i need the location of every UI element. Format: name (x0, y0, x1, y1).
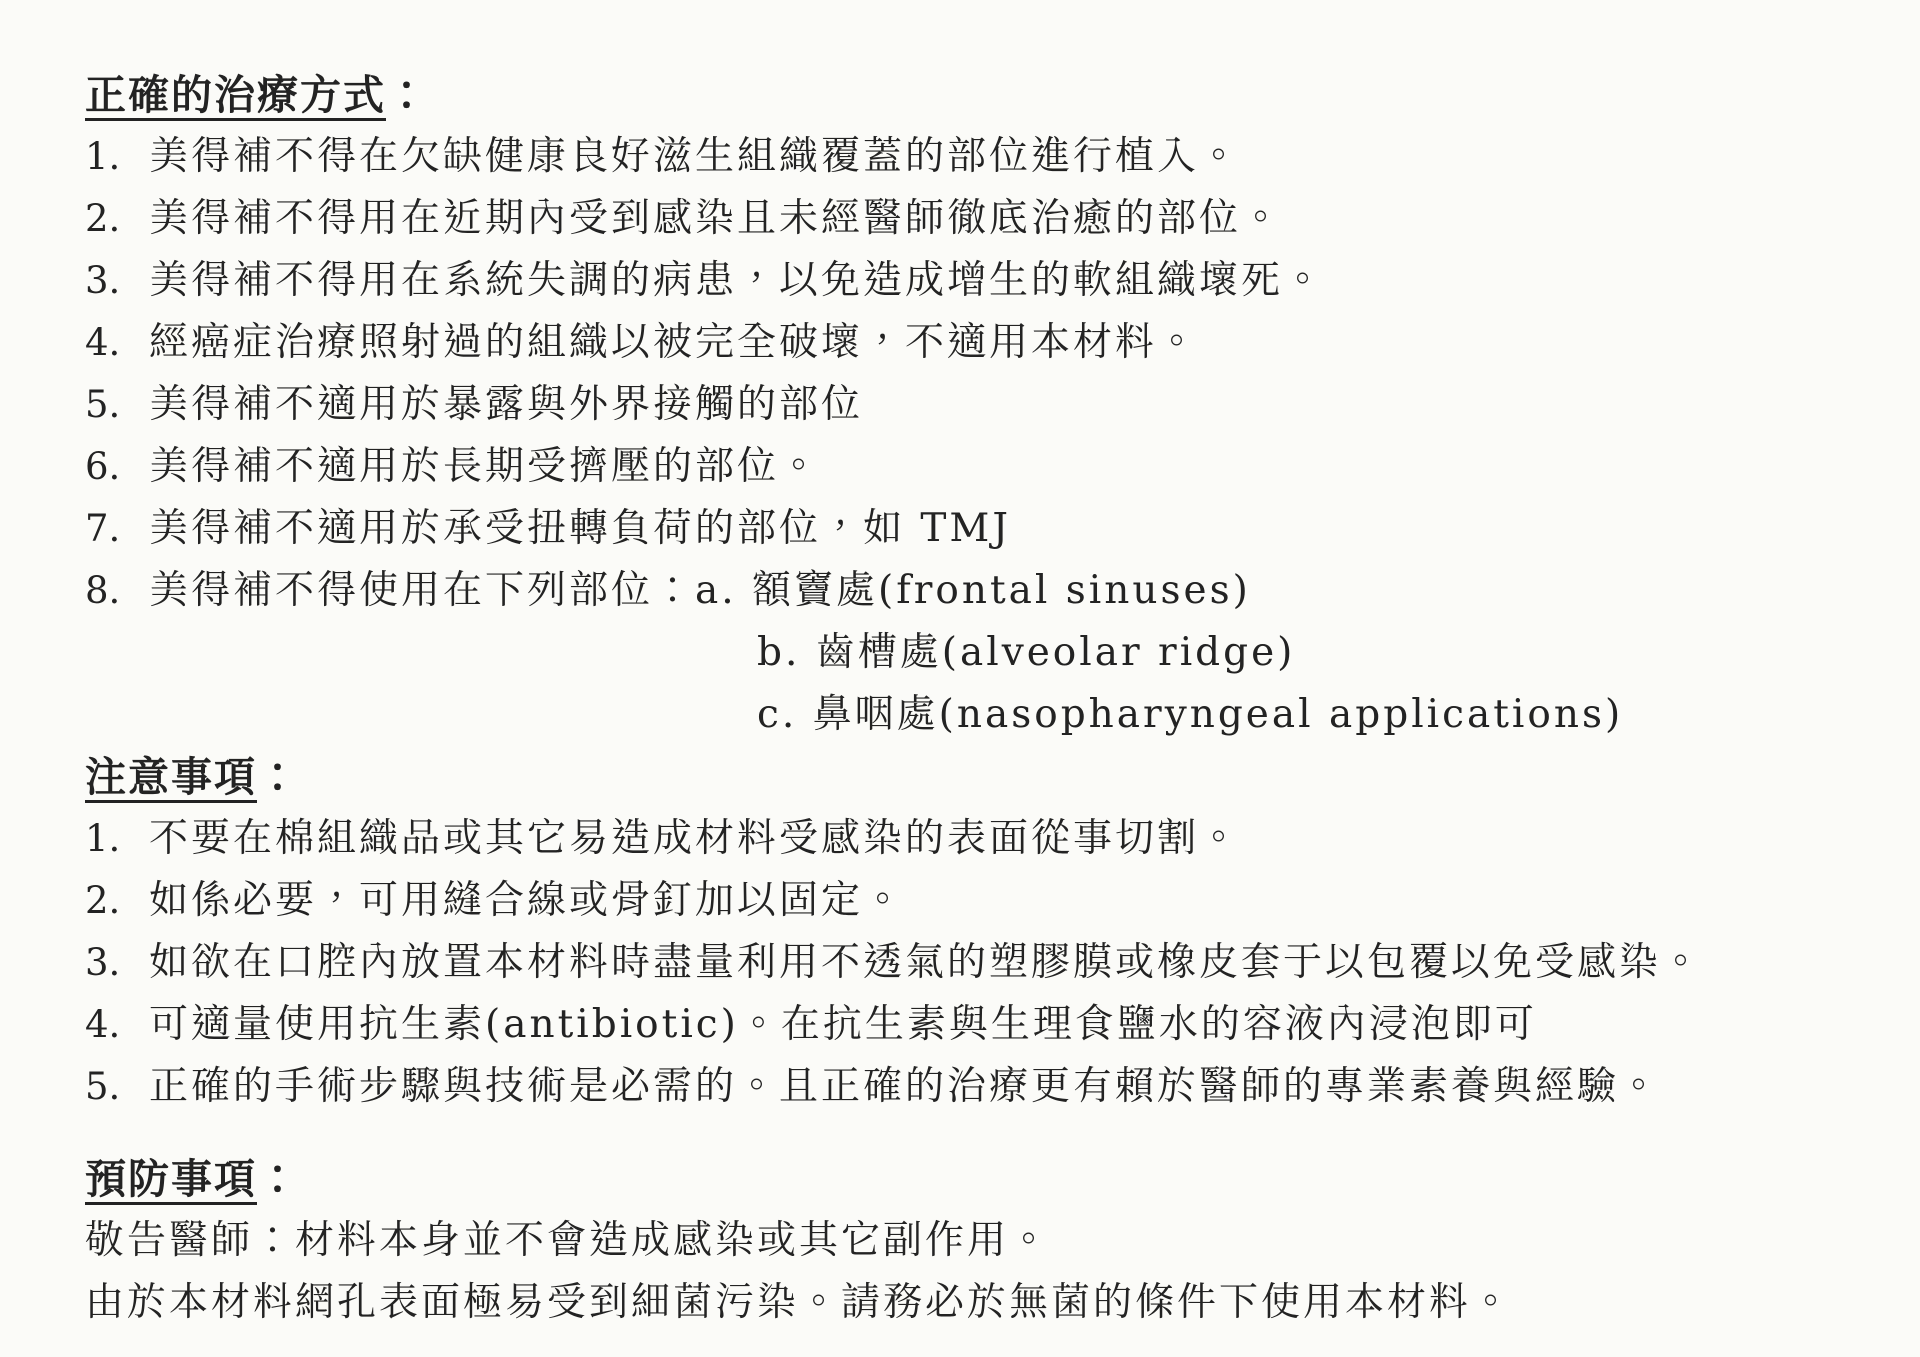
precautions-heading-text: 注意事項 (85, 753, 257, 801)
item-number: 1. (85, 808, 149, 870)
list-item: 2. 美得補不得用在近期內受到感染且未經醫師徹底治癒的部位。 (85, 188, 1880, 250)
correct-treatment-heading: 正確的治療方式： (85, 64, 1880, 126)
item-text: 美得補不得在欠缺健康良好滋生組織覆蓋的部位進行植入。 (149, 126, 1241, 188)
item-text: 如係必要，可用縫合線或骨釘加以固定。 (149, 870, 905, 932)
item-number: 4. (85, 312, 149, 374)
list-item: 3. 美得補不得用在系統失調的病患，以免造成增生的軟組織壞死。 (85, 250, 1880, 312)
list-item: 8. 美得補不得使用在下列部位： a. 額竇處(frontal sinuses) (85, 560, 1880, 622)
list-item: 5. 美得補不適用於暴露與外界接觸的部位 (85, 374, 1880, 436)
list-item: 2. 如係必要，可用縫合線或骨釘加以固定。 (85, 870, 1880, 932)
list-item: 5. 正確的手術步驟與技術是必需的。且正確的治療更有賴於醫師的專業素養與經驗。 (85, 1056, 1880, 1118)
list-item: 3. 如欲在口腔內放置本材料時盡量利用不透氣的塑膠膜或橡皮套于以包覆以免受感染。 (85, 932, 1880, 994)
item-number: 2. (85, 870, 149, 932)
scanned-document-page: 正確的治療方式： 1. 美得補不得在欠缺健康良好滋生組織覆蓋的部位進行植入。 2… (0, 0, 1920, 1357)
section-precautions: 注意事項： 1. 不要在棉組織品或其它易造成材料受感染的表面從事切割。 2. 如… (85, 746, 1880, 1118)
list-item: 4. 經癌症治療照射過的組織以被完全破壞，不適用本材料。 (85, 312, 1880, 374)
precautions-heading-colon: ： (257, 753, 300, 801)
item-number: 5. (85, 374, 149, 436)
item-text: 正確的手術步驟與技術是必需的。且正確的治療更有賴於醫師的專業素養與經驗。 (149, 1056, 1661, 1118)
item-number: 6. (85, 436, 149, 498)
prevention-heading: 預防事項： (85, 1148, 1880, 1210)
item-subitem-c: c. 鼻咽處(nasopharyngeal applications) (85, 684, 1880, 746)
list-item: 1. 美得補不得在欠缺健康良好滋生組織覆蓋的部位進行植入。 (85, 126, 1880, 188)
item-number: 4. (85, 994, 149, 1056)
list-item: 6. 美得補不適用於長期受擠壓的部位。 (85, 436, 1880, 498)
prevention-heading-colon: ： (257, 1155, 300, 1203)
prevention-heading-text: 預防事項 (85, 1155, 257, 1203)
list-item: 7. 美得補不適用於承受扭轉負荷的部位，如 TMJ (85, 498, 1880, 560)
item-subitem-b: b. 齒槽處(alveolar ridge) (85, 622, 1880, 684)
item-text: 不要在棉組織品或其它易造成材料受感染的表面從事切割。 (149, 808, 1241, 870)
item-text: 可適量使用抗生素(antibiotic)。在抗生素與生理食鹽水的容液內浸泡即可 (149, 994, 1537, 1056)
item-text: 美得補不得使用在下列部位： (149, 560, 695, 622)
item-number: 5. (85, 1056, 149, 1118)
correct-treatment-heading-colon: ： (386, 71, 429, 119)
item-number: 7. (85, 498, 149, 560)
item-text: 如欲在口腔內放置本材料時盡量利用不透氣的塑膠膜或橡皮套于以包覆以免受感染。 (149, 932, 1703, 994)
correct-treatment-heading-text: 正確的治療方式 (85, 71, 386, 119)
prevention-line-sterile-condition: 由於本材料網孔表面極易受到細菌污染。請務必於無菌的條件下使用本材料。 (85, 1272, 1880, 1334)
item-text: 美得補不得用在近期內受到感染且未經醫師徹底治癒的部位。 (149, 188, 1283, 250)
section-correct-treatment: 正確的治療方式： 1. 美得補不得在欠缺健康良好滋生組織覆蓋的部位進行植入。 2… (85, 64, 1880, 746)
prevention-line-doctor-notice: 敬告醫師：材料本身並不會造成感染或其它副作用。 (85, 1210, 1880, 1272)
item-number: 3. (85, 250, 149, 312)
item-text: 美得補不適用於承受扭轉負荷的部位，如 TMJ (149, 498, 1011, 560)
list-item: 1. 不要在棉組織品或其它易造成材料受感染的表面從事切割。 (85, 808, 1880, 870)
item-text: 美得補不得用在系統失調的病患，以免造成增生的軟組織壞死。 (149, 250, 1325, 312)
item-number: 1. (85, 126, 149, 188)
list-item: 4. 可適量使用抗生素(antibiotic)。在抗生素與生理食鹽水的容液內浸泡… (85, 994, 1880, 1056)
item-text: 經癌症治療照射過的組織以被完全破壞，不適用本材料。 (149, 312, 1199, 374)
item-text: 美得補不適用於暴露與外界接觸的部位 (149, 374, 863, 436)
item-number: 2. (85, 188, 149, 250)
item-subitem-a: a. 額竇處(frontal sinuses) (695, 560, 1251, 622)
item-text: 美得補不適用於長期受擠壓的部位。 (149, 436, 821, 498)
item-number: 3. (85, 932, 149, 994)
item-number: 8. (85, 560, 149, 622)
precautions-heading: 注意事項： (85, 746, 1880, 808)
section-prevention: 預防事項： 敬告醫師：材料本身並不會造成感染或其它副作用。 由於本材料網孔表面極… (85, 1148, 1880, 1334)
